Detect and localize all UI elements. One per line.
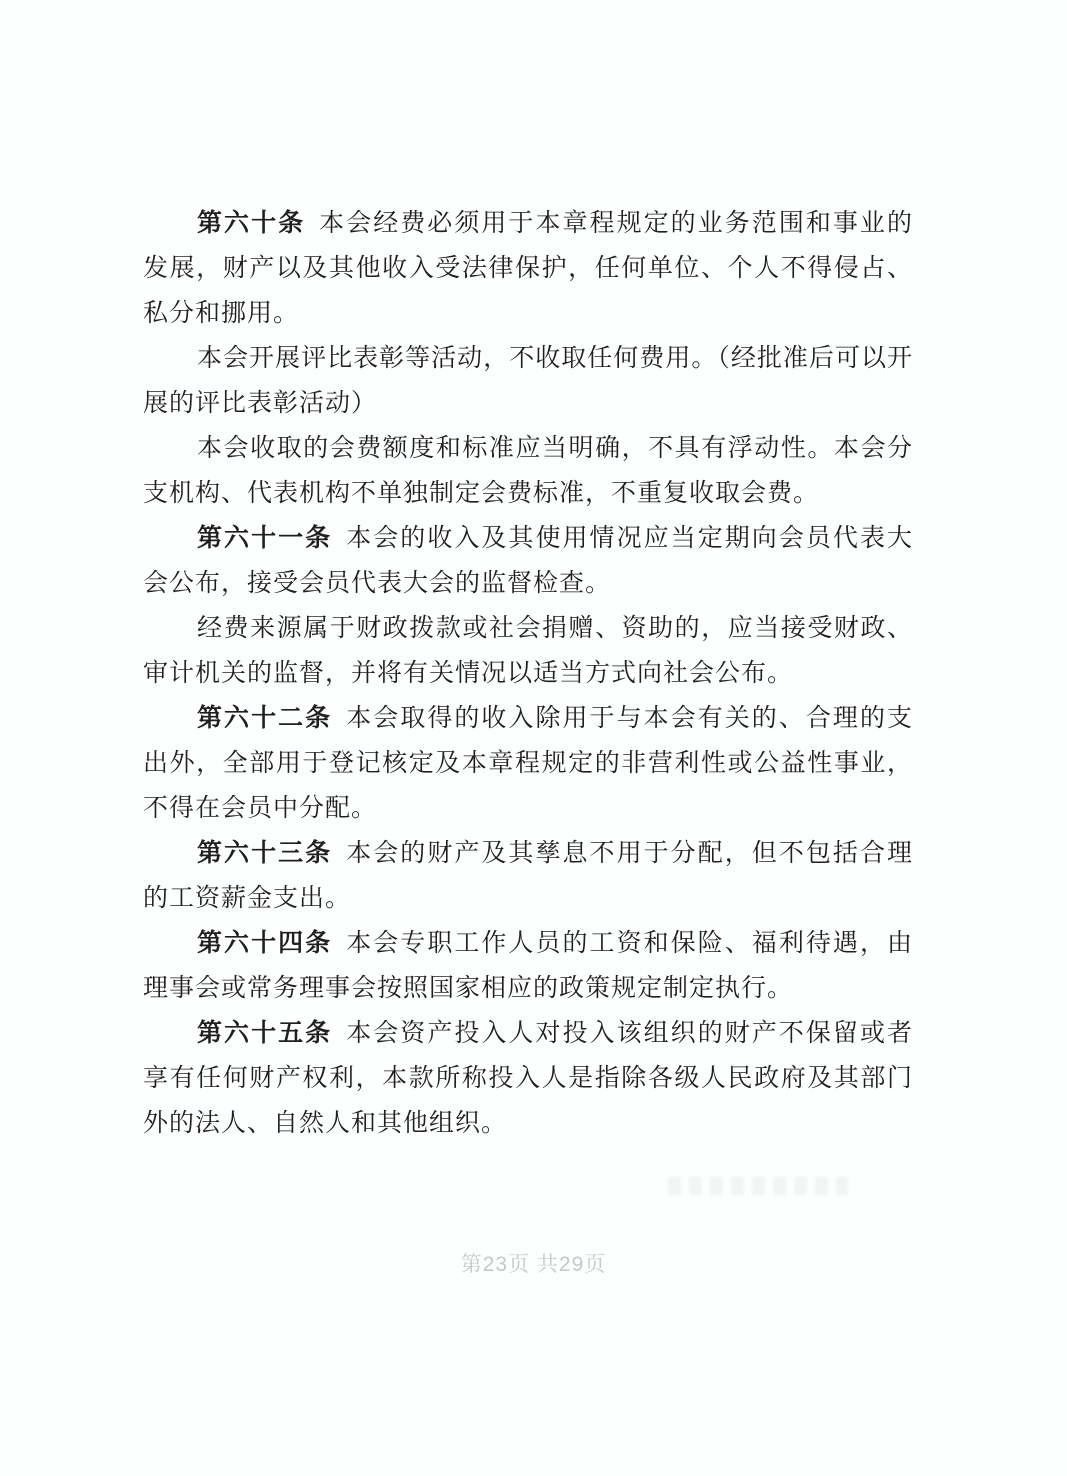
paragraph: 第六十条本会经费必须用于本章程规定的业务范围和事业的发展，财产以及其他收入受法律… [143,201,913,336]
page-number-indicator: 第23页 共29页 [0,1248,1067,1278]
article-number: 第六十五条 [197,1020,332,1047]
paragraph-text: 经费来源属于财政拨款或社会捐赠、资助的，应当接受财政、审计机关的监督，并将有关情… [143,615,913,687]
article-number: 第六十二条 [197,705,332,732]
paragraph: 第六十二条本会取得的收入除用于与本会有关的、合理的支出外，全部用于登记核定及本章… [143,696,913,831]
faded-text-artifact [668,1177,848,1195]
paragraph: 第六十五条本会资产投入人对投入该组织的财产不保留或者享有任何财产权利，本款所称投… [143,1011,913,1146]
paragraph-text: 本会开展评比表彰等活动，不收取任何费用。（经批准后可以开展的评比表彰活动） [143,345,913,417]
paragraph: 第六十一条本会的收入及其使用情况应当定期向会员代表大会公布，接受会员代表大会的监… [143,516,913,606]
document-page: 第六十条本会经费必须用于本章程规定的业务范围和事业的发展，财产以及其他收入受法律… [0,0,1067,1476]
article-number: 第六十三条 [197,840,332,867]
paragraph: 经费来源属于财政拨款或社会捐赠、资助的，应当接受财政、审计机关的监督，并将有关情… [143,606,913,696]
document-body: 第六十条本会经费必须用于本章程规定的业务范围和事业的发展，财产以及其他收入受法律… [143,201,913,1146]
paragraph: 第六十四条本会专职工作人员的工资和保险、福利待遇，由理事会或常务理事会按照国家相… [143,921,913,1011]
article-number: 第六十一条 [197,525,332,552]
article-number: 第六十条 [197,210,305,237]
paragraph: 本会开展评比表彰等活动，不收取任何费用。（经批准后可以开展的评比表彰活动） [143,336,913,426]
paragraph: 本会收取的会费额度和标准应当明确，不具有浮动性。本会分支机构、代表机构不单独制定… [143,426,913,516]
paragraph-text: 本会收取的会费额度和标准应当明确，不具有浮动性。本会分支机构、代表机构不单独制定… [143,435,913,507]
paragraph: 第六十三条本会的财产及其孳息不用于分配，但不包括合理的工资薪金支出。 [143,831,913,921]
article-number: 第六十四条 [197,930,332,957]
